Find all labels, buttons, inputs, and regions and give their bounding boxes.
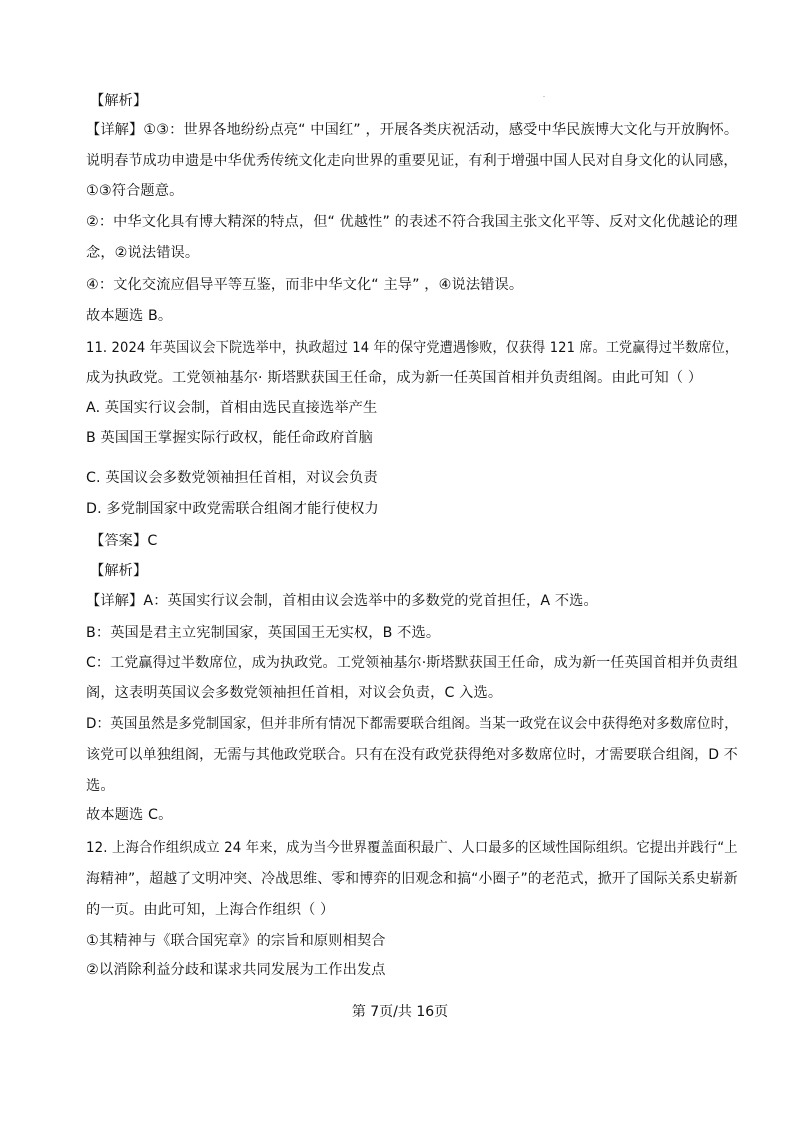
text-line: 11. 2024 年英国议会下院选举中，执政超过 14 年的保守党遭遇惨败，仅获… — [86, 338, 738, 358]
text-line: 该党可以单独组阁，无需与其他政党联合。只有在没有政党获得绝对多数席位时，才需要联… — [86, 745, 738, 765]
page-footer: 第 7页/共 16页 — [0, 1002, 800, 1022]
text-line: 说明春节成功申遗是中华优秀传统文化走向世界的重要见证，有利于增强中国人民对自身文… — [86, 151, 738, 171]
text-line: B：英国是君主立宪制国家，英国国王无实权，B 不选。 — [86, 623, 440, 643]
scan-speck — [543, 96, 545, 97]
text-line: 海精神”，超越了文明冲突、冷战思维、零和博弈的旧观念和搞“小圈子”的老范式，掀开… — [86, 869, 738, 889]
text-line: ②：中华文化具有博大精深的特点，但“ 优越性” 的表述不符合我国主张文化平等、反… — [86, 212, 738, 232]
text-line: 故本题选 C。 — [86, 805, 172, 825]
text-line: ②以消除利益分歧和谋求共同发展为工作出发点 — [86, 960, 386, 980]
text-line: 的一页。由此可知，上海合作组织（ ） — [86, 900, 334, 920]
text-line: 选。 — [86, 776, 115, 796]
text-line: 【解析】 — [90, 91, 147, 111]
text-line: 【详解】①③：世界各地纷纷点亮“ 中国红” ，开展各类庆祝活动，感受中华民族博大… — [86, 120, 738, 140]
text-line: 成为执政党。工党领袖基尔· 斯塔默获国王任命，成为新一任英国首相并负责组阁。由此… — [86, 368, 702, 388]
text-line: D：英国虽然是多党制国家，但并非所有情况下都需要联合组阁。当某一政党在议会中获得… — [86, 714, 738, 734]
text-line: 阁，这表明英国议会多数党领袖担任首相，对议会负责，C 入选。 — [86, 683, 502, 703]
text-line: C. 英国议会多数党领袖担任首相，对议会负责 — [86, 468, 378, 488]
text-line: 【解析】 — [90, 561, 147, 581]
text-line: ④：文化交流应倡导平等互鉴，而非中华文化“ 主导” ，④说法错误。 — [86, 275, 523, 295]
text-line: A. 英国实行议会制，首相由选民直接选举产生 — [86, 398, 377, 418]
text-line: 【答案】C — [90, 531, 157, 551]
text-line: ①其精神与《联合国宪章》的宗旨和原则相契合 — [86, 931, 386, 951]
text-line: 【详解】A：英国实行议会制，首相由议会选举中的多数党的党首担任，A 不选。 — [86, 591, 598, 611]
text-line: 12. 上海合作组织成立 24 年来，成为当今世界覆盖面积最广、人口最多的区域性… — [86, 838, 738, 858]
text-line: D. 多党制国家中政党需联合组阁才能行使权力 — [86, 499, 379, 519]
text-line: B 英国国王掌握实际行政权，能任命政府首脑 — [86, 428, 373, 448]
text-line: 念，②说法错误。 — [86, 243, 199, 263]
text-line: 故本题选 B。 — [86, 306, 172, 326]
text-line: ①③符合题意。 — [86, 181, 183, 201]
text-line: C：工党赢得过半数席位，成为执政党。工党领袖基尔·斯塔默获国王任命，成为新一任英… — [86, 653, 738, 673]
